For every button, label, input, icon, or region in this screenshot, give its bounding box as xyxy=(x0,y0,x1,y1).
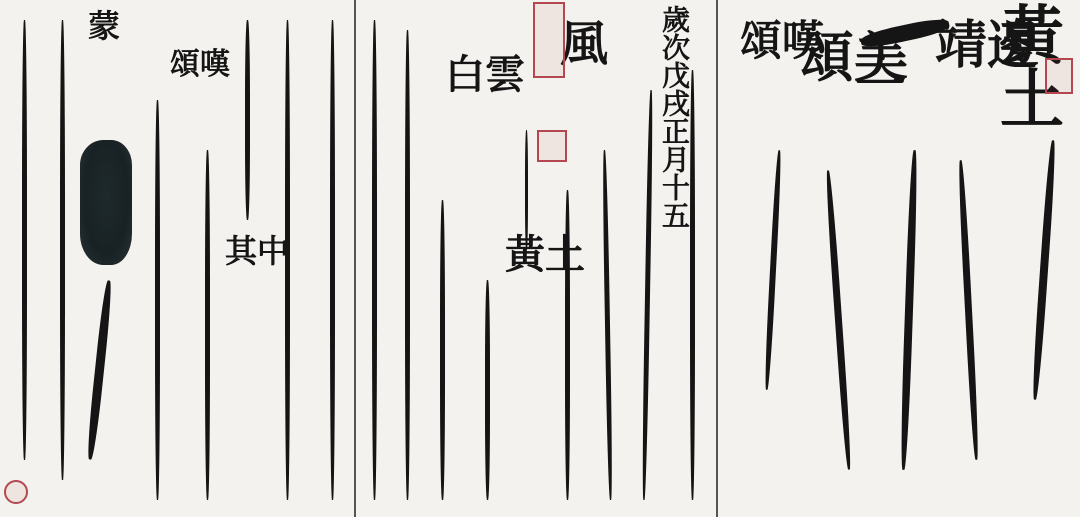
brush-stroke xyxy=(155,100,160,500)
center-mid-seal xyxy=(537,130,567,162)
left-bottom-seal xyxy=(4,480,28,504)
calligraphy-text: 白雲 xyxy=(445,55,525,95)
calligraphy-text: 頌嘆 xyxy=(740,20,824,62)
calligraphy-column: 黃土 xyxy=(505,235,585,275)
calligraphy-column: 靖邊 xyxy=(935,20,1039,72)
brush-stroke xyxy=(285,20,290,500)
calligraphy-column: 頌嘆 xyxy=(740,20,824,62)
brush-stroke xyxy=(525,130,528,250)
panel-divider-left xyxy=(354,0,356,517)
calligraphy-text: 蒙 xyxy=(88,10,120,42)
brush-stroke xyxy=(405,30,410,500)
right-panel-seal xyxy=(1045,58,1073,94)
brush-stroke xyxy=(22,20,27,460)
calligraphy-text: 頌嘆 xyxy=(170,50,230,80)
brush-stroke xyxy=(485,280,490,500)
calligraphy-column: 蒙 xyxy=(88,10,120,42)
brush-stroke xyxy=(565,190,570,500)
brush-stroke xyxy=(60,20,65,480)
calligraphy-column: 風 xyxy=(560,20,608,68)
center-top-seal xyxy=(533,2,565,78)
brush-stroke xyxy=(690,70,695,500)
calligraphy-text: 歲次戊戌正月十五 xyxy=(660,5,688,229)
panel-divider-right xyxy=(716,0,718,517)
calligraphy-text: 靖邊 xyxy=(935,20,1039,72)
calligraphy-column: 頌嘆 xyxy=(170,50,230,80)
calligraphy-text: 其中 xyxy=(225,235,289,267)
calligraphy-column: 其中 xyxy=(225,235,289,267)
brush-stroke xyxy=(330,20,335,500)
calligraphy-column: 歲次戊戌正月十五 xyxy=(660,5,688,229)
calligraphy-column: 白雲 xyxy=(445,55,525,95)
brush-stroke xyxy=(245,20,250,220)
calligraphy-text: 黃土 xyxy=(505,235,585,275)
brush-stroke xyxy=(205,150,210,500)
ink-blot xyxy=(80,140,132,265)
brush-stroke xyxy=(372,20,377,500)
brush-stroke xyxy=(440,200,445,500)
calligraphy-text: 風 xyxy=(560,20,608,68)
